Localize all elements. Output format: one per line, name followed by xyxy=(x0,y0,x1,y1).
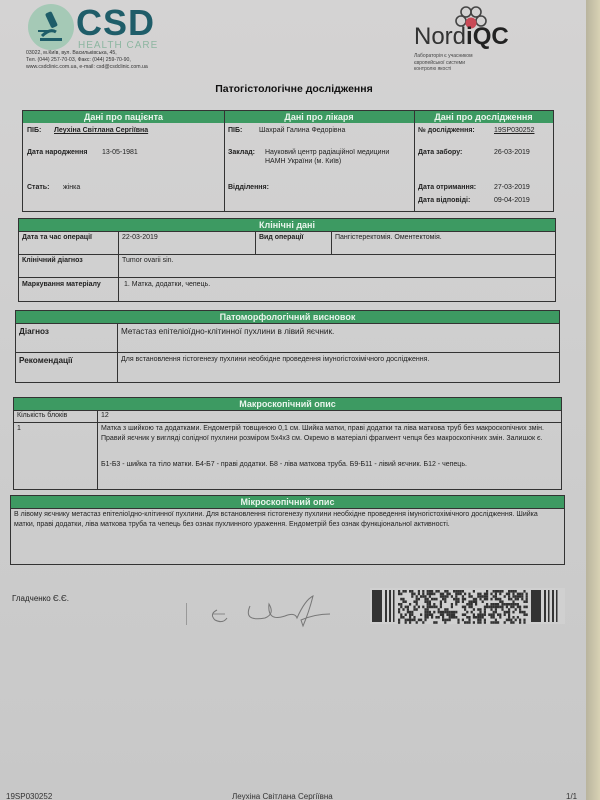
patient-heading: Дані про пацієнта xyxy=(23,111,224,123)
collection-date-label: Дата забору: xyxy=(418,149,462,156)
op-type-label: Вид операції xyxy=(259,234,304,241)
macroscopic-heading: Макроскопічний опис xyxy=(14,398,561,410)
op-date-label: Дата та час операції xyxy=(22,234,92,241)
barcode xyxy=(370,588,565,624)
microscopic-heading: Мікроскопічний опис xyxy=(11,496,564,508)
clinical-heading: Клінічні дані xyxy=(19,219,555,231)
macro-item-number: 1 xyxy=(17,425,21,432)
diagnosis-value: Метастаз епітеліоїдно-клітинної пухлини … xyxy=(121,327,334,336)
blocks-count: 12 xyxy=(101,412,109,419)
doctor-name: Шахрай Галина Федорівна xyxy=(259,127,345,134)
response-date: 09-04-2019 xyxy=(494,197,530,204)
clinical-data-table: Клінічні дані Дата та час операції 22-03… xyxy=(18,218,556,302)
page-title: Патогістологічне дослідження xyxy=(0,83,588,95)
material-marking-label: Маркування матеріалу xyxy=(22,281,101,288)
patient-name-label: ПІБ: xyxy=(27,127,41,134)
sex-value: жінка xyxy=(63,184,80,191)
signatory-name: Гладченко Є.Є. xyxy=(12,594,69,603)
clinical-diagnosis-label: Клінічний діагноз xyxy=(22,257,83,264)
institution-line2: НАМН України (м. Київ) xyxy=(265,158,341,165)
received-date: 27-03-2019 xyxy=(494,184,530,191)
dob-value: 13-05-1981 xyxy=(102,149,138,156)
doctor-heading: Дані про лікаря xyxy=(224,111,414,123)
handwritten-signature xyxy=(205,592,335,632)
material-marking: 1. Матка, додатки, чепець. xyxy=(124,281,210,288)
diagnosis-label: Діагноз xyxy=(19,327,49,336)
recommendations-label: Рекомендації xyxy=(19,356,73,365)
microscopic-table: Мікроскопічний опис В лівому яєчнику мет… xyxy=(10,495,565,565)
nordiqc-caption: Лабораторія є учасником європейської сис… xyxy=(414,53,484,73)
microscopic-description: В лівому яєчнику метастаз епітеліоїдно-к… xyxy=(14,510,559,530)
nordiqc-wordmark: NordiQC xyxy=(414,23,509,51)
study-number-label: № дослідження: xyxy=(418,127,475,134)
clinic-address: 03022, м.Київ, вул. Васильківська, 45, Т… xyxy=(26,50,148,71)
footer-patient-name: Леухіна Світлана Сергіївна xyxy=(232,792,333,800)
department-label: Відділення: xyxy=(228,184,269,191)
op-type: Пангістеректомія. Оментектомія. xyxy=(335,234,442,241)
received-date-label: Дата отримання: xyxy=(418,184,476,191)
footer-page-number: 1/1 xyxy=(566,792,577,800)
macroscopic-table: Макроскопічний опис Кількість блоків 12 … xyxy=(13,397,562,490)
footer-study-number: 19SP030252 xyxy=(6,792,52,800)
conclusion-table: Патоморфологічний висновок Діагноз Метас… xyxy=(15,310,560,383)
op-date: 22-03-2019 xyxy=(122,234,158,241)
info-header-row: Дані про пацієнта Дані про лікаря Дані п… xyxy=(23,111,553,123)
brand-name: CSD xyxy=(76,2,155,44)
blocks-count-label: Кількість блоків xyxy=(17,412,67,419)
microscope-icon xyxy=(28,4,74,50)
response-date-label: Дата відповіді: xyxy=(418,197,470,204)
doctor-name-label: ПІБ: xyxy=(228,127,242,134)
study-heading: Дані про дослідження xyxy=(414,111,553,123)
info-table: Дані про пацієнта Дані про лікаря Дані п… xyxy=(22,110,554,212)
clinical-diagnosis: Tumor ovarii sin. xyxy=(122,257,173,264)
institution-line1: Науковий центр радіаційної медицини xyxy=(265,149,389,156)
dob-label: Дата народження xyxy=(27,149,87,156)
study-number: 19SP030252 xyxy=(494,127,534,134)
sex-label: Стать: xyxy=(27,184,49,191)
macro-description: Матка з шийкою та додатками. Ендометрій … xyxy=(101,424,551,444)
nordiqc-logo: NordiQC Лабораторія є учасником європейс… xyxy=(414,6,554,76)
patient-name: Леухіна Світлана Сергіївна xyxy=(54,127,148,134)
macro-blocks-map: Б1-Б3 - шийка та тіло матки. Б4-Б7 - пра… xyxy=(101,460,556,470)
conclusion-heading: Патоморфологічний висновок xyxy=(16,311,559,323)
collection-date: 26-03-2019 xyxy=(494,149,530,156)
document-page: CSD HEALTH CARE 03022, м.Київ, вул. Васи… xyxy=(0,0,588,800)
recommendations-value: Для встановлення гістогенезу пухлини нео… xyxy=(121,354,541,366)
institution-label: Заклад: xyxy=(228,149,255,156)
background-edge xyxy=(586,0,600,800)
